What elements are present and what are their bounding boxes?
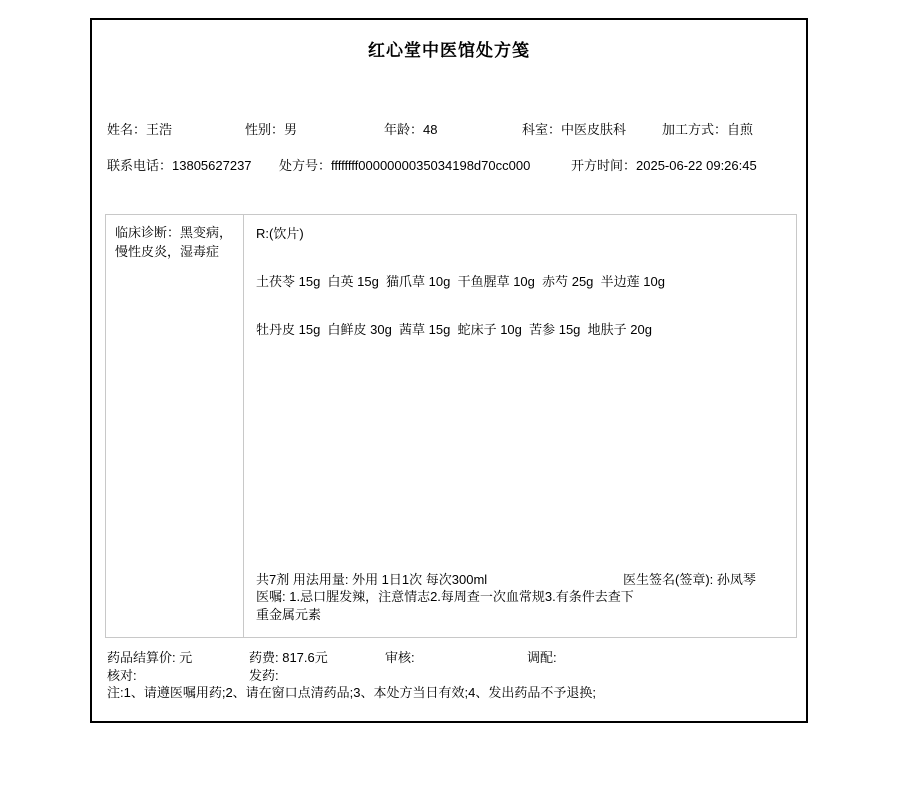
contact-phone: 联系电话：13805627237: [107, 157, 252, 174]
herb-line: 土茯苓 15g 白英 15g 猫爪草 10g 干鱼腥草 10g 赤芍 25g 半…: [256, 273, 784, 291]
page-title: 红心堂中医馆处方笺: [92, 36, 806, 61]
patient-age: 年龄：48: [384, 121, 437, 138]
patient-gender: 性别：男: [245, 121, 297, 138]
dispense-field: 调配:: [527, 649, 557, 666]
prescription-time: 开方时间：2025-06-22 09:26:45: [571, 157, 757, 174]
footer-note: 注:1、请遵医嘱用药;2、请在窗口点清药品;3、本处方当日有效;4、发出药品不予…: [107, 684, 596, 701]
processing-method: 加工方式：自煎: [662, 121, 753, 138]
rx-panel: R:(饮片) 土茯苓 15g 白英 15g 猫爪草 10g 干鱼腥草 10g 赤…: [244, 215, 796, 637]
settlement-price: 药品结算价: 元: [107, 649, 192, 666]
issue-field: 发药:: [249, 667, 279, 684]
department: 科室：中医皮肤科: [522, 121, 626, 138]
medicine-fee: 药费: 817.6元: [249, 649, 328, 666]
review-field: 审核:: [385, 649, 415, 666]
rx-header: R:(饮片): [256, 225, 784, 243]
doctor-advice: 医嘱: 1.忌口腥发辣，注意情志2.每周查一次血常规3.有条件去查下重金属元素: [256, 588, 640, 623]
diagnosis-panel: 临床诊断：黑变病，慢性皮炎，湿毒症: [106, 215, 244, 637]
doctor-signature: 医生签名(签章): 孙凤琴: [623, 571, 756, 589]
herb-line: 牡丹皮 15g 白鲜皮 30g 茜草 15g 蛇床子 10g 苦参 15g 地肤…: [256, 321, 784, 339]
diagnosis-text: 临床诊断：黑变病，慢性皮炎，湿毒症: [115, 225, 232, 259]
prescription-body: 临床诊断：黑变病，慢性皮炎，湿毒症 R:(饮片) 土茯苓 15g 白英 15g …: [105, 214, 797, 638]
prescription-page: 红心堂中医馆处方笺 姓名：王浩 性别：男 年龄：48 科室：中医皮肤科 加工方式…: [90, 18, 808, 723]
check-field: 核对:: [107, 667, 137, 684]
prescription-number: 处方号：ffffffff0000000035034198d70cc000: [279, 157, 530, 174]
rx-bottom-block: 共7剂 用法用量: 外用 1日1次 每次300ml 医生签名(签章): 孙凤琴 …: [256, 571, 784, 624]
patient-name: 姓名：王浩: [107, 121, 172, 138]
